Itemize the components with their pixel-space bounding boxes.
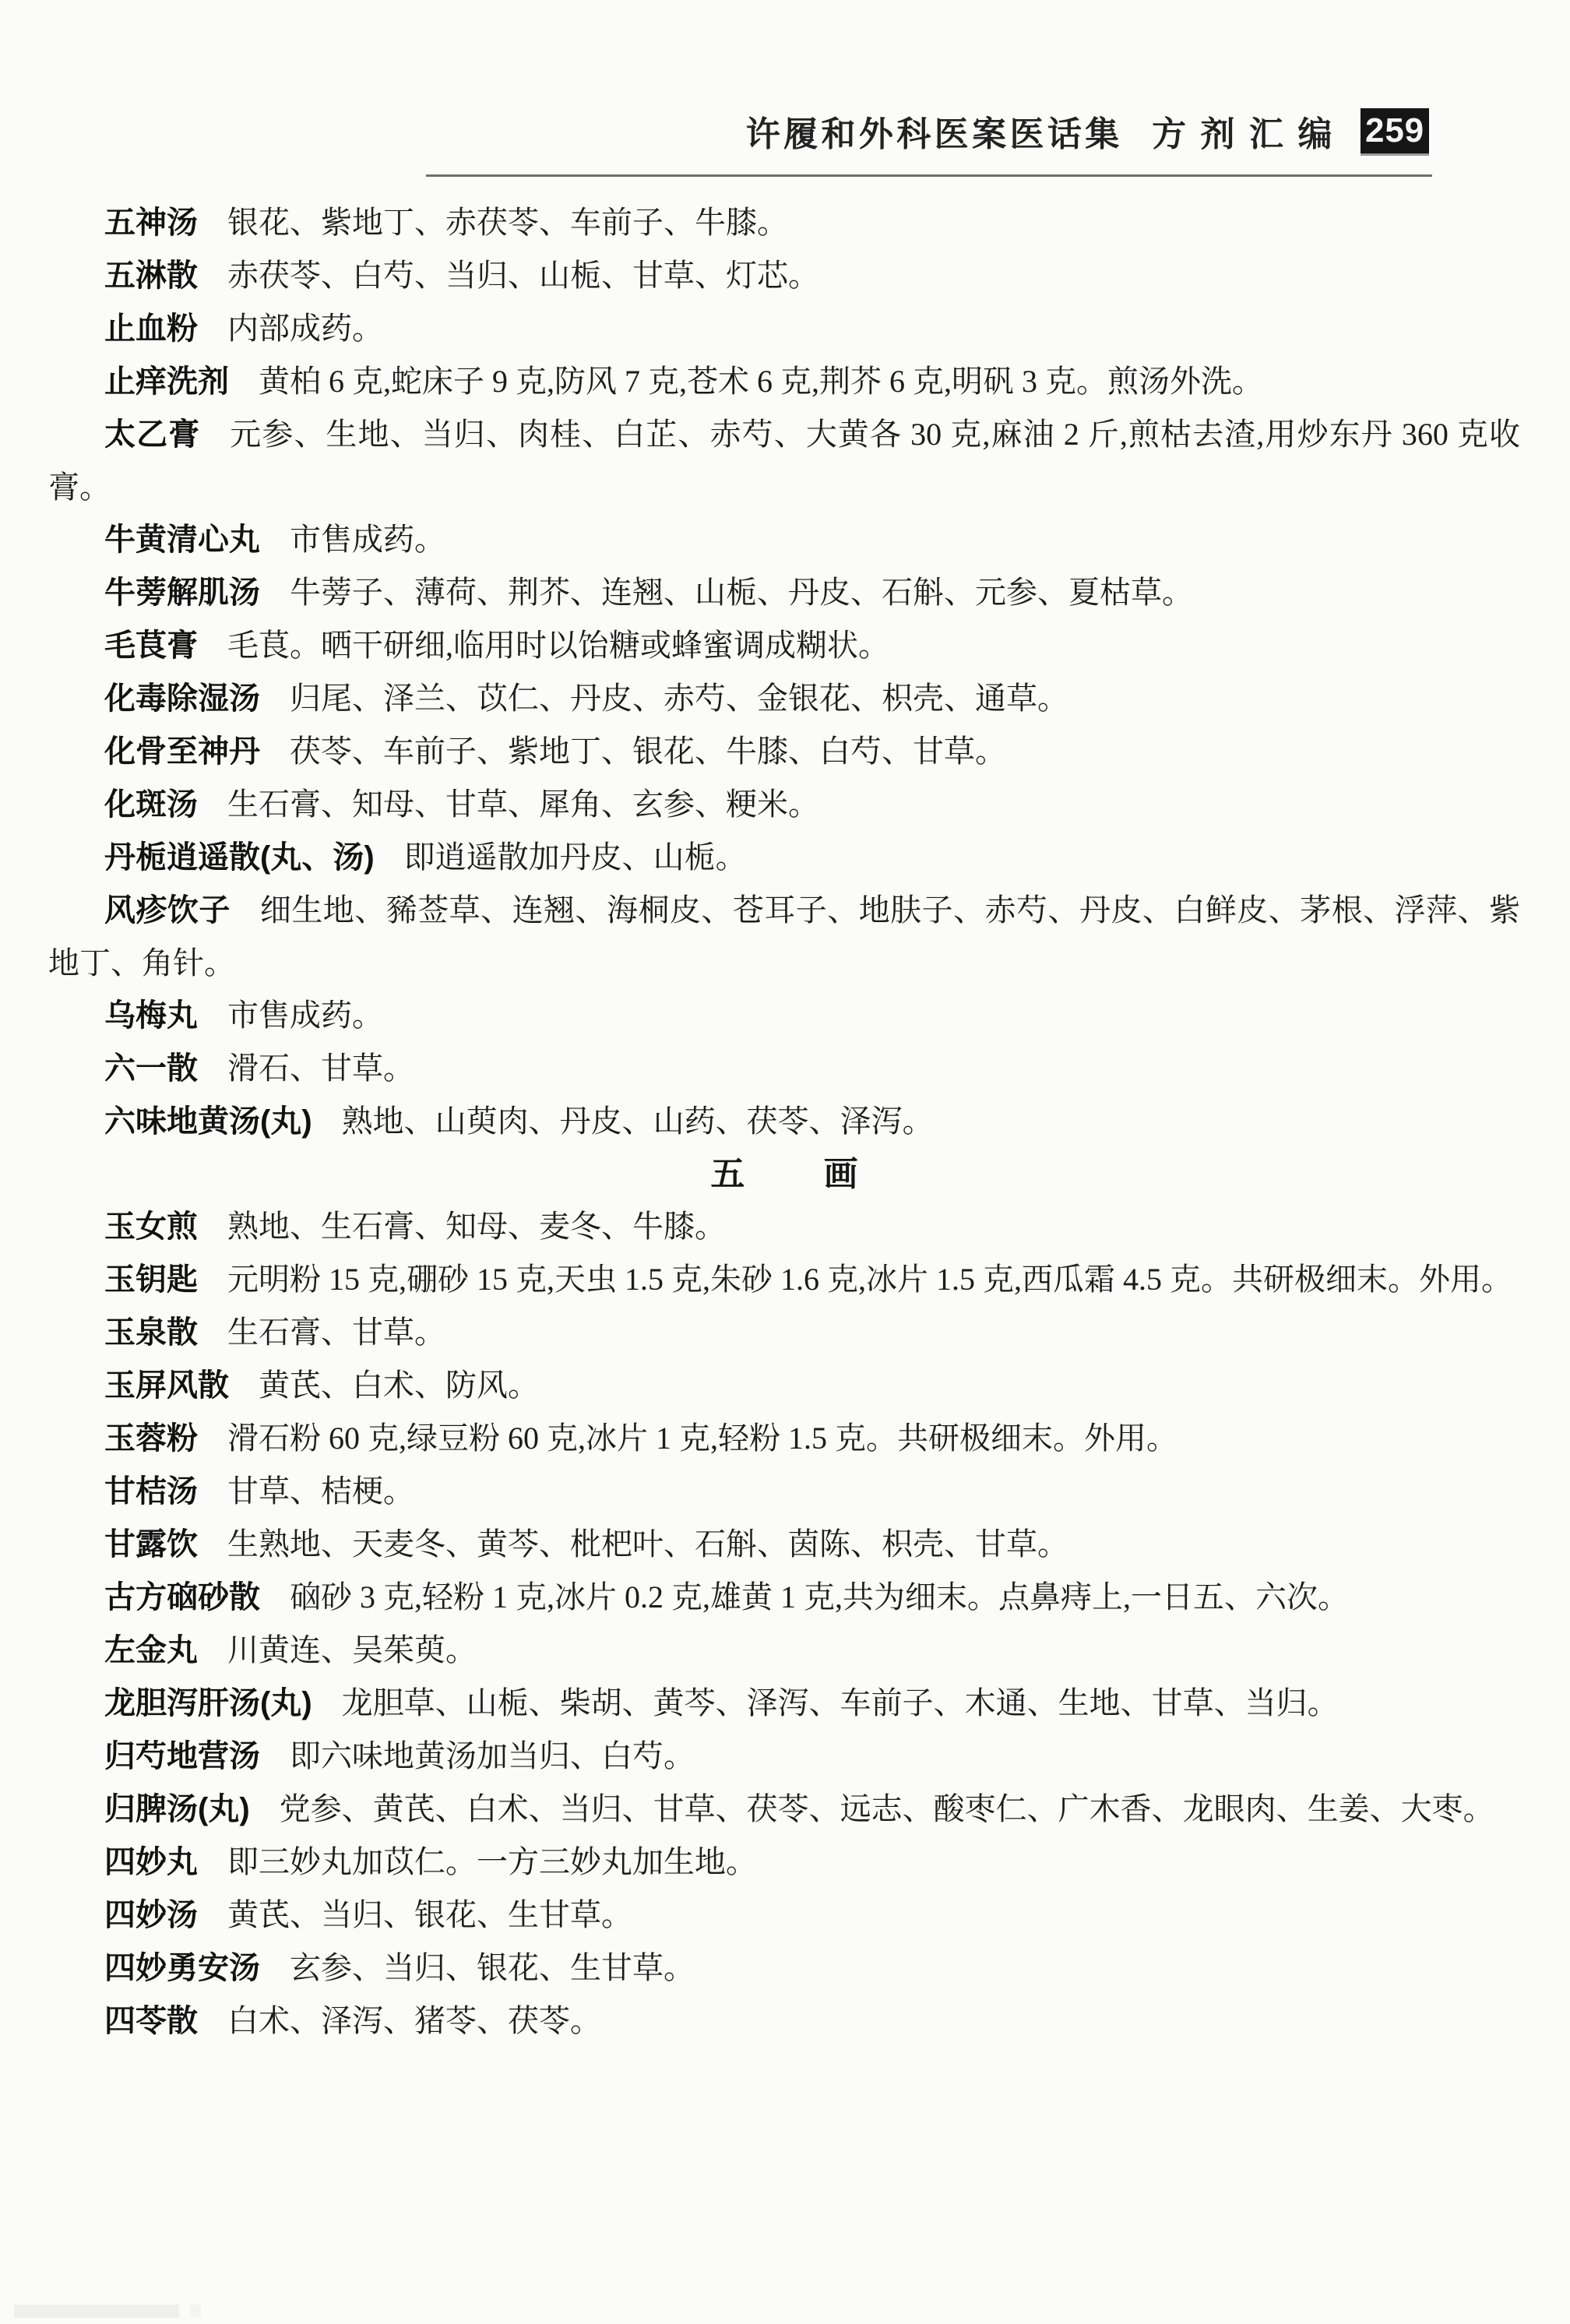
- page-number-badge: 259: [1361, 108, 1429, 153]
- formula-entry: 化骨至神丹茯苓、车前子、紫地丁、银花、牛膝、白芍、甘草。: [48, 725, 1520, 778]
- formula-ingredients: 生石膏、知母、甘草、犀角、玄参、粳米。: [227, 787, 819, 822]
- formula-name: 归脾汤(丸): [104, 1792, 250, 1826]
- formula-name: 玉蓉粉: [104, 1421, 198, 1456]
- formula-name: 玉泉散: [104, 1315, 198, 1350]
- formula-name: 牛蒡解肌汤: [104, 576, 260, 610]
- formula-ingredients: 黄芪、白术、防风。: [259, 1368, 539, 1403]
- running-head-book-title: 许履和外科医案医话集: [746, 106, 1123, 156]
- formula-entry: 太乙膏元参、生地、当归、肉桂、白芷、赤芍、大黄各 30 克,麻油 2 斤,煎枯去…: [48, 408, 1520, 513]
- formula-name: 玉屏风散: [104, 1368, 229, 1403]
- formula-entry: 玉钥匙元明粉 15 克,硼砂 15 克,天虫 1.5 克,朱砂 1.6 克,冰片…: [48, 1253, 1520, 1306]
- formula-name: 玉女煎: [104, 1210, 198, 1244]
- formula-name: 龙胆泻肝汤(丸): [104, 1686, 312, 1720]
- scanned-book-page: 许履和外科医案医话集 方剂汇编 259 五神汤银花、紫地丁、赤茯苓、车前子、牛膝…: [0, 0, 1570, 2324]
- scan-artifact: [14, 2305, 179, 2318]
- formula-name: 左金丸: [104, 1633, 198, 1667]
- formula-name: 甘露饮: [104, 1527, 198, 1562]
- formula-entry: 乌梅丸市售成药。: [48, 989, 1520, 1042]
- formula-ingredients: 元明粉 15 克,硼砂 15 克,天虫 1.5 克,朱砂 1.6 克,冰片 1.…: [227, 1262, 1512, 1297]
- formula-name: 止血粉: [104, 312, 198, 346]
- formula-entry: 左金丸川黄连、吴茱萸。: [48, 1624, 1520, 1677]
- formula-entry: 四苓散白术、泽泻、猪苓、茯苓。: [48, 1995, 1520, 2048]
- formula-entry: 玉屏风散黄芪、白术、防风。: [48, 1359, 1520, 1412]
- header-rule: [426, 174, 1432, 177]
- formula-name: 古方硇砂散: [104, 1580, 260, 1614]
- formula-ingredients: 生熟地、天麦冬、黄芩、枇杷叶、石斛、茵陈、枳壳、甘草。: [227, 1526, 1068, 1562]
- formula-entry: 古方硇砂散硇砂 3 克,轻粉 1 克,冰片 0.2 克,雄黄 1 克,共为细末。…: [48, 1571, 1520, 1624]
- formula-name: 五淋散: [104, 259, 198, 293]
- formula-ingredients: 生石膏、甘草。: [227, 1315, 445, 1350]
- formula-entry: 六味地黄汤(丸)熟地、山萸肉、丹皮、山药、茯苓、泽泻。: [48, 1095, 1520, 1148]
- formula-name: 乌梅丸: [104, 998, 198, 1033]
- formula-ingredients: 细生地、豨莶草、连翘、海桐皮、苍耳子、地肤子、赤芍、丹皮、白鲜皮、茅根、浮萍、紫…: [48, 893, 1520, 981]
- formula-ingredients: 白术、泽泻、猪苓、茯苓。: [227, 2003, 601, 2038]
- formula-name: 四妙勇安汤: [104, 1951, 260, 1985]
- formula-ingredients: 即三妙丸加苡仁。一方三妙丸加生地。: [227, 1844, 757, 1879]
- formula-ingredients: 银花、紫地丁、赤茯苓、车前子、牛膝。: [227, 205, 788, 240]
- formula-ingredients: 元参、生地、当归、肉桂、白芷、赤芍、大黄各 30 克,麻油 2 斤,煎枯去渣,用…: [48, 417, 1520, 505]
- formula-name: 六味地黄汤(丸): [104, 1104, 312, 1139]
- formula-name: 玉钥匙: [104, 1262, 198, 1297]
- formula-ingredients: 硇砂 3 克,轻粉 1 克,冰片 0.2 克,雄黄 1 克,共为细末。点鼻痔上,…: [290, 1579, 1349, 1614]
- formula-name: 化毒除湿汤: [104, 681, 260, 716]
- formula-ingredients: 滑石粉 60 克,绿豆粉 60 克,冰片 1 克,轻粉 1.5 克。共研极细末。…: [227, 1421, 1177, 1456]
- formula-entry: 牛黄清心丸市售成药。: [48, 513, 1520, 566]
- formula-entry: 化毒除湿汤归尾、泽兰、苡仁、丹皮、赤芍、金银花、枳壳、通草。: [48, 672, 1520, 725]
- stroke-section-heading: 五画: [48, 1148, 1520, 1200]
- formula-entry: 龙胆泻肝汤(丸)龙胆草、山栀、柴胡、黄芩、泽泻、车前子、木通、生地、甘草、当归。: [48, 1677, 1520, 1730]
- formula-name: 归芍地营汤: [104, 1739, 260, 1773]
- formula-ingredients: 市售成药。: [227, 998, 383, 1033]
- formula-ingredients: 川黄连、吴茱萸。: [227, 1632, 477, 1667]
- formula-ingredients: 毛茛。晒干研细,临用时以饴糖或蜂蜜调成糊状。: [227, 628, 889, 663]
- page-header: 许履和外科医案医话集 方剂汇编 259: [746, 106, 1429, 156]
- formula-entry: 归脾汤(丸)党参、黄芪、白术、当归、甘草、茯苓、远志、酸枣仁、广木香、龙眼肉、生…: [48, 1783, 1520, 1836]
- formula-ingredients: 市售成药。: [290, 522, 445, 557]
- formula-entry: 止血粉内部成药。: [48, 302, 1520, 355]
- formula-ingredients: 归尾、泽兰、苡仁、丹皮、赤芍、金银花、枳壳、通草。: [290, 681, 1068, 716]
- formula-ingredients: 即六味地黄汤加当归、白芍。: [290, 1738, 695, 1773]
- formula-ingredients: 茯苓、车前子、紫地丁、银花、牛膝、白芍、甘草。: [290, 734, 1006, 769]
- formula-name: 六一散: [104, 1051, 198, 1086]
- formula-entry: 四妙勇安汤玄参、当归、银花、生甘草。: [48, 1942, 1520, 1995]
- formula-name: 风疹饮子: [104, 893, 231, 928]
- formula-name: 止痒洗剂: [104, 364, 229, 399]
- formula-name: 五神汤: [104, 206, 198, 240]
- formula-entry: 玉女煎熟地、生石膏、知母、麦冬、牛膝。: [48, 1200, 1520, 1253]
- scan-artifact: [190, 2305, 201, 2318]
- formula-entry: 甘桔汤甘草、桔梗。: [48, 1465, 1520, 1518]
- formula-entry: 风疹饮子细生地、豨莶草、连翘、海桐皮、苍耳子、地肤子、赤芍、丹皮、白鲜皮、茅根、…: [48, 884, 1520, 989]
- formula-name: 毛茛膏: [104, 629, 198, 663]
- formula-name: 丹栀逍遥散(丸、汤): [104, 840, 375, 875]
- formula-name: 牛黄清心丸: [104, 523, 260, 557]
- formula-ingredients: 黄柏 6 克,蛇床子 9 克,防风 7 克,苍术 6 克,荆芥 6 克,明矾 3…: [259, 364, 1263, 399]
- formula-ingredients: 内部成药。: [227, 311, 383, 346]
- formula-entry: 止痒洗剂黄柏 6 克,蛇床子 9 克,防风 7 克,苍术 6 克,荆芥 6 克,…: [48, 355, 1520, 408]
- formula-ingredients: 赤茯苓、白芍、当归、山栀、甘草、灯芯。: [227, 258, 819, 293]
- formula-ingredients: 龙胆草、山栀、柴胡、黄芩、泽泻、车前子、木通、生地、甘草、当归。: [342, 1685, 1339, 1720]
- formula-entry: 甘露饮生熟地、天麦冬、黄芩、枇杷叶、石斛、茵陈、枳壳、甘草。: [48, 1518, 1520, 1571]
- formula-ingredients: 滑石、甘草。: [227, 1051, 414, 1086]
- formula-ingredients: 牛蒡子、薄荷、荆芥、连翘、山栀、丹皮、石斛、元参、夏枯草。: [290, 575, 1193, 610]
- formula-ingredients: 熟地、生石膏、知母、麦冬、牛膝。: [227, 1209, 726, 1244]
- formula-name: 化骨至神丹: [104, 734, 260, 769]
- formula-entry: 四妙汤黄芪、当归、银花、生甘草。: [48, 1889, 1520, 1942]
- formula-entry: 六一散滑石、甘草。: [48, 1042, 1520, 1095]
- formula-ingredients: 党参、黄芪、白术、当归、甘草、茯苓、远志、酸枣仁、广木香、龙眼肉、生姜、大枣。: [280, 1791, 1494, 1826]
- formula-name: 四妙丸: [104, 1845, 198, 1879]
- formula-entry: 归芍地营汤即六味地黄汤加当归、白芍。: [48, 1730, 1520, 1783]
- running-head-section-title: 方剂汇编: [1152, 106, 1346, 156]
- formula-entry: 化斑汤生石膏、知母、甘草、犀角、玄参、粳米。: [48, 778, 1520, 831]
- formula-entry: 丹栀逍遥散(丸、汤)即逍遥散加丹皮、山栀。: [48, 831, 1520, 884]
- formula-ingredients: 即逍遥散加丹皮、山栀。: [404, 840, 747, 875]
- formula-entry: 五淋散赤茯苓、白芍、当归、山栀、甘草、灯芯。: [48, 249, 1520, 302]
- formula-entry: 牛蒡解肌汤牛蒡子、薄荷、荆芥、连翘、山栀、丹皮、石斛、元参、夏枯草。: [48, 566, 1520, 619]
- formula-name: 甘桔汤: [104, 1474, 198, 1509]
- formula-entry: 四妙丸即三妙丸加苡仁。一方三妙丸加生地。: [48, 1836, 1520, 1889]
- formula-name: 太乙膏: [104, 417, 200, 452]
- formulary-content: 五神汤银花、紫地丁、赤茯苓、车前子、牛膝。 五淋散赤茯苓、白芍、当归、山栀、甘草…: [48, 196, 1520, 2048]
- formula-ingredients: 玄参、当归、银花、生甘草。: [290, 1950, 695, 1985]
- formula-entry: 玉泉散生石膏、甘草。: [48, 1306, 1520, 1359]
- formula-entry: 毛茛膏毛茛。晒干研细,临用时以饴糖或蜂蜜调成糊状。: [48, 619, 1520, 672]
- formula-ingredients: 熟地、山萸肉、丹皮、山药、茯苓、泽泻。: [342, 1104, 934, 1139]
- formula-name: 四苓散: [104, 2004, 198, 2038]
- formula-name: 化斑汤: [104, 787, 198, 822]
- formula-ingredients: 甘草、桔梗。: [227, 1474, 414, 1509]
- formula-entry: 五神汤银花、紫地丁、赤茯苓、车前子、牛膝。: [48, 196, 1520, 249]
- formula-entry: 玉蓉粉滑石粉 60 克,绿豆粉 60 克,冰片 1 克,轻粉 1.5 克。共研极…: [48, 1412, 1520, 1465]
- formula-ingredients: 黄芪、当归、银花、生甘草。: [227, 1897, 632, 1932]
- formula-name: 四妙汤: [104, 1898, 198, 1932]
